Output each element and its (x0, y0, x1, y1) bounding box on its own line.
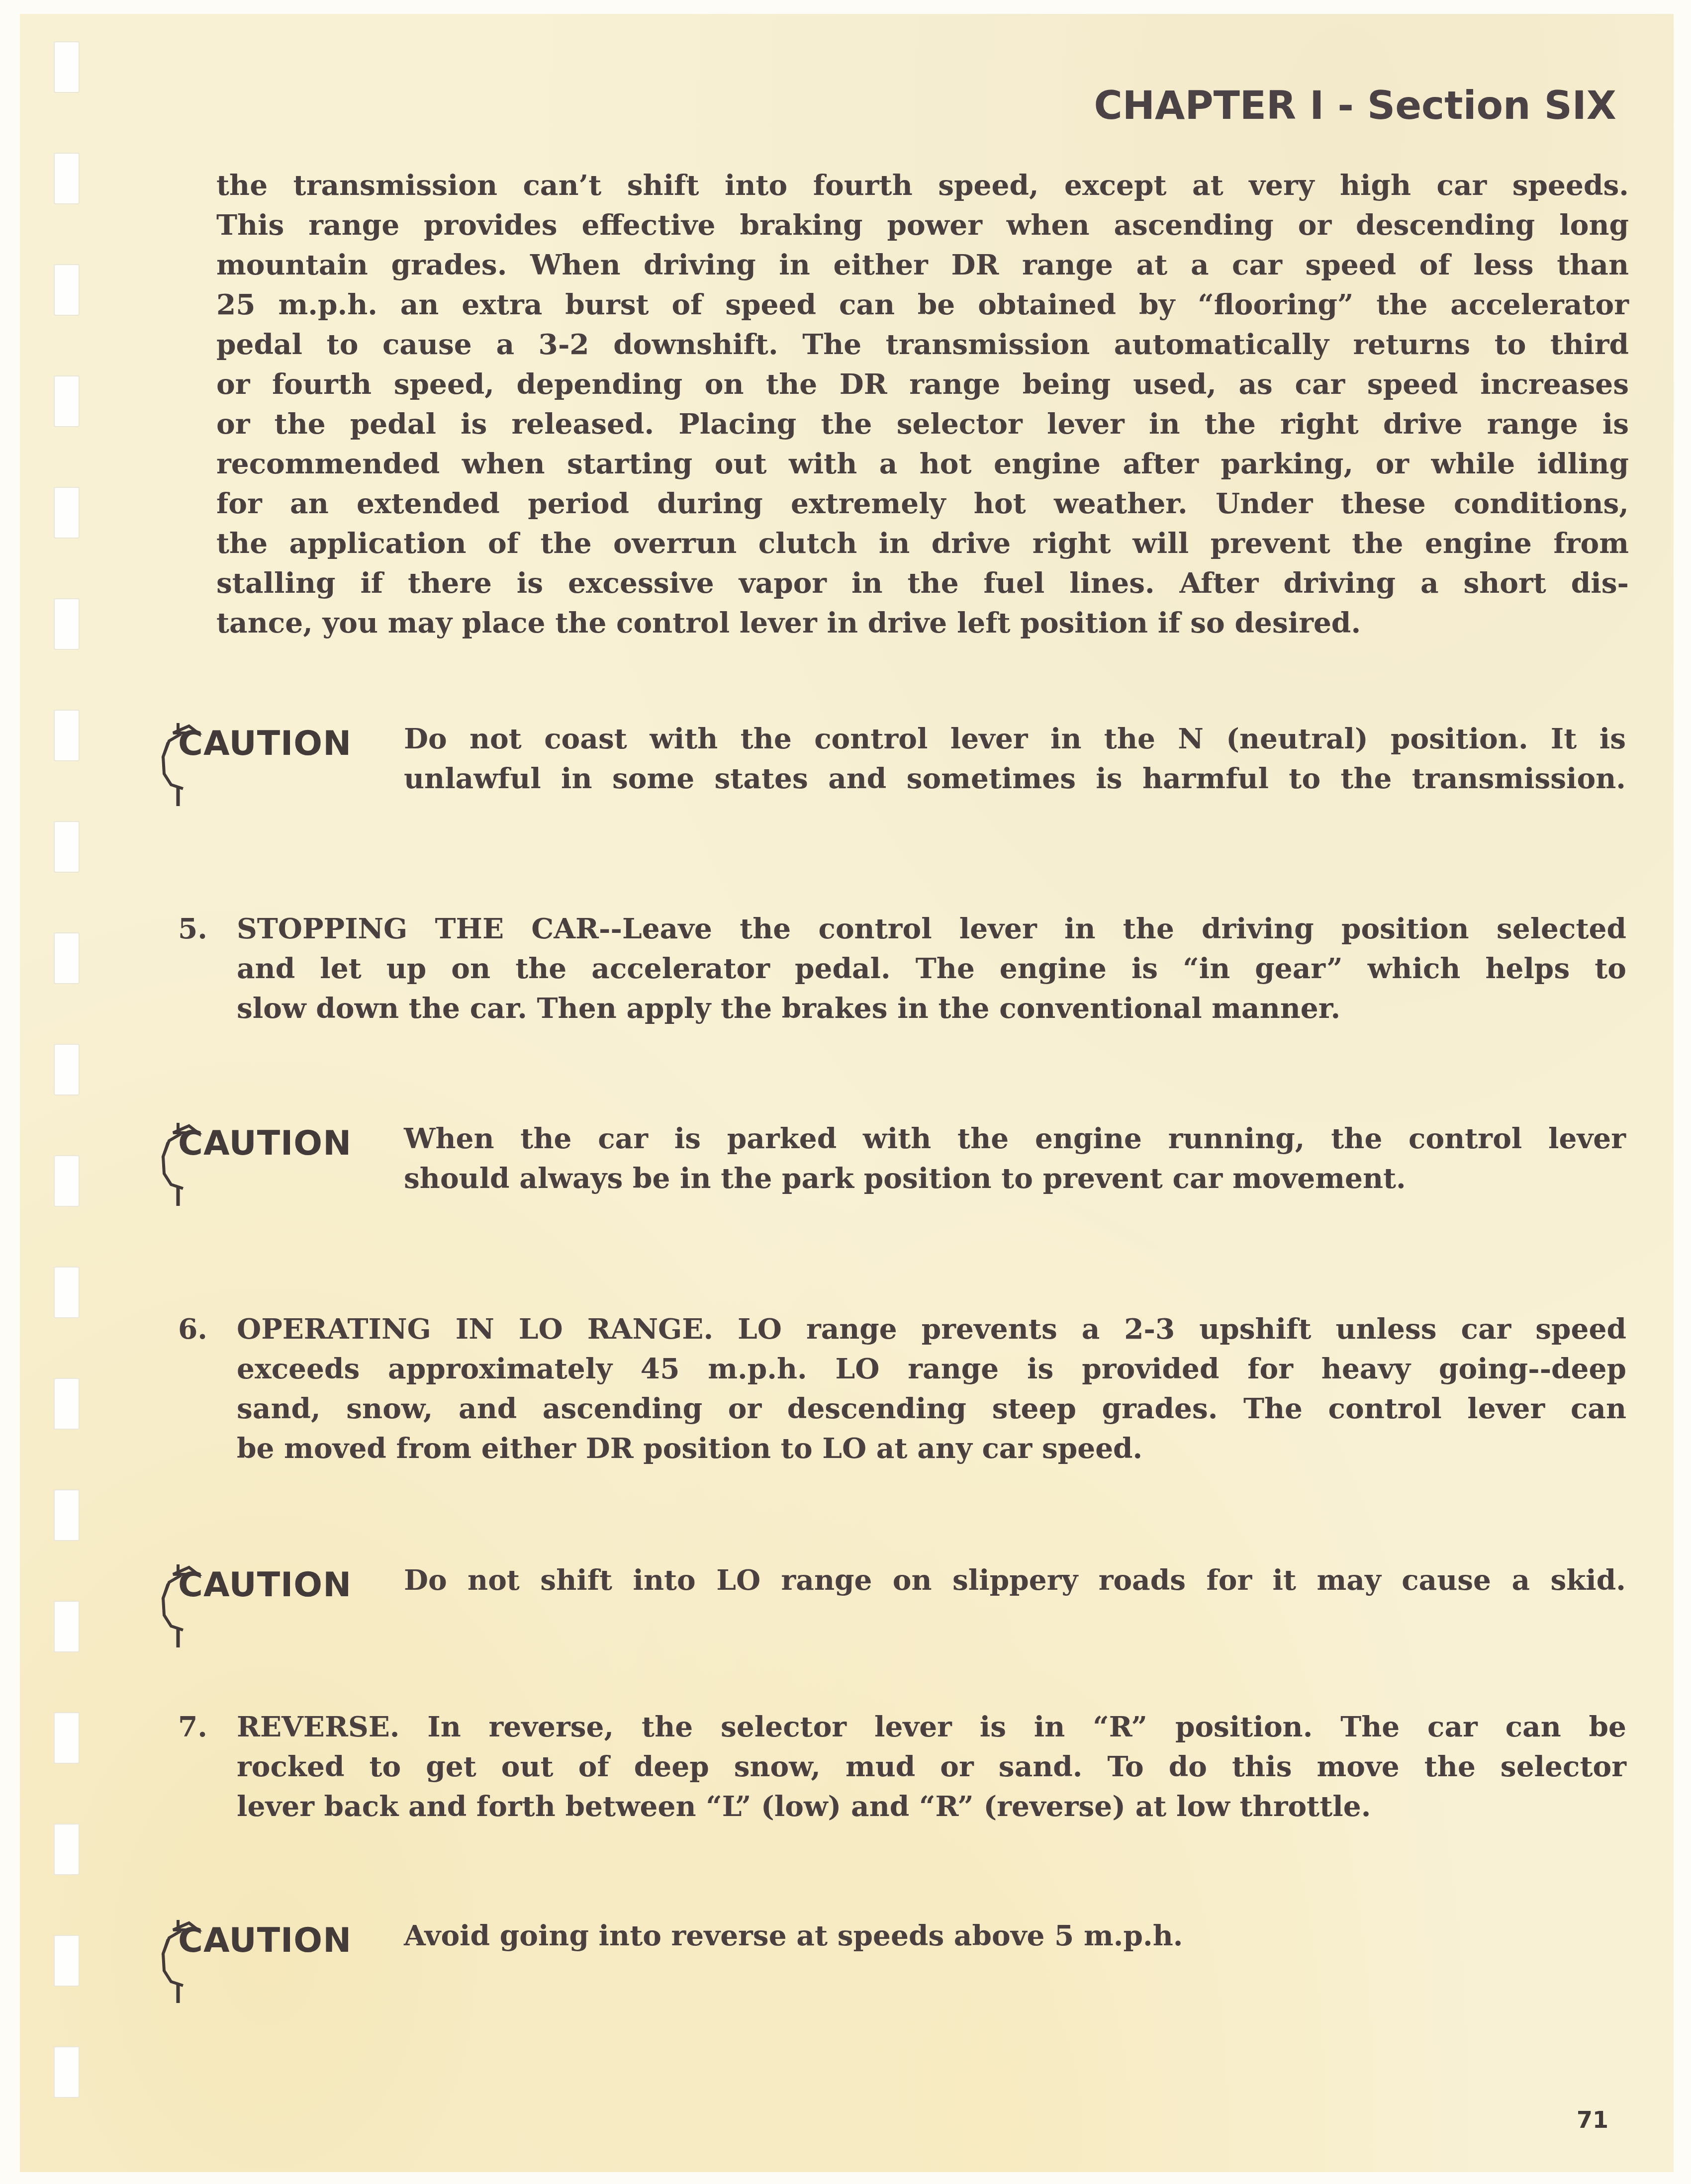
binder-hole (54, 264, 80, 316)
paragraph-line: 25 m.p.h. an extra burst of speed can be… (216, 285, 1629, 325)
item-number: 6. (178, 1309, 207, 1349)
binder-hole (54, 932, 80, 984)
binder-hole (54, 1823, 80, 1875)
binder-hole (54, 487, 80, 539)
caution-block: CAUTION Do not coast with the control le… (158, 719, 1625, 809)
caution-text: Do not shift into LO range on slippery r… (404, 1560, 1626, 1600)
caution-line: unlawful in some states and sometimes is… (404, 759, 1626, 799)
caution-label: CAUTION (178, 1921, 352, 1960)
binder-hole (54, 1489, 80, 1541)
item-number: 7. (178, 1707, 207, 1747)
item-line: and let up on the accelerator pedal. The… (237, 949, 1626, 989)
binder-hole (54, 1378, 80, 1430)
item-body: STOPPING THE CAR--Leave the control leve… (237, 909, 1626, 1028)
binder-hole (54, 821, 80, 873)
item-line: slow down the car. Then apply the brakes… (237, 989, 1626, 1028)
item-line: STOPPING THE CAR--Leave the control leve… (237, 909, 1626, 949)
item-line: lever back and forth between “L” (low) a… (237, 1787, 1626, 1826)
binder-hole (54, 153, 80, 204)
paragraph-line: the application of the overrun clutch in… (216, 524, 1629, 563)
item-line: exceeds approximately 45 m.p.h. LO range… (237, 1349, 1626, 1389)
paragraph-line: for an extended period during extremely … (216, 484, 1629, 524)
binder-hole (54, 2046, 80, 2098)
caution-block: CAUTION Avoid going into reverse at spee… (158, 1916, 1625, 2005)
item-number: 5. (178, 909, 207, 949)
paragraph-line: This range provides effective braking po… (216, 205, 1629, 245)
paragraph-line: pedal to cause a 3-2 downshift. The tran… (216, 325, 1629, 364)
paragraph-line: tance, you may place the control lever i… (216, 603, 1629, 643)
caution-block: CAUTION When the car is parked with the … (158, 1119, 1625, 1208)
item-line: be moved from either DR position to LO a… (237, 1429, 1626, 1468)
caution-line: Do not shift into LO range on slippery r… (404, 1560, 1626, 1600)
stop-sign-icon: CAUTION (158, 1560, 377, 1650)
caution-line: should always be in the park position to… (404, 1159, 1626, 1198)
binder-hole (54, 1155, 80, 1207)
manual-page: CHAPTER I - Section SIX the transmission… (20, 14, 1674, 2172)
binder-hole (54, 1601, 80, 1652)
stop-sign-icon: CAUTION (158, 1119, 377, 1208)
binder-hole (54, 41, 80, 93)
binder-hole (54, 1267, 80, 1318)
item-line: rocked to get out of deep snow, mud or s… (237, 1747, 1626, 1787)
binder-hole (54, 1044, 80, 1095)
intro-paragraph: the transmission can’t shift into fourth… (216, 166, 1629, 643)
caution-text: Do not coast with the control lever in t… (404, 719, 1626, 799)
chapter-header: CHAPTER I - Section SIX (1094, 84, 1616, 128)
caution-label: CAUTION (178, 724, 352, 763)
caution-label: CAUTION (178, 1565, 352, 1605)
caution-line: Do not coast with the control lever in t… (404, 719, 1626, 759)
caution-block: CAUTION Do not shift into LO range on sl… (158, 1560, 1625, 1650)
paragraph-line: the transmission can’t shift into fourth… (216, 166, 1629, 205)
paragraph-line: mountain grades. When driving in either … (216, 245, 1629, 285)
binder-hole (54, 375, 80, 427)
binder-hole (54, 598, 80, 650)
binder-hole (54, 1712, 80, 1764)
caution-label: CAUTION (178, 1124, 352, 1163)
item-line: sand, snow, and ascending or descending … (237, 1389, 1626, 1429)
stop-sign-icon: CAUTION (158, 719, 377, 809)
item-body: REVERSE. In reverse, the selector lever … (237, 1707, 1626, 1826)
paragraph-line: or fourth speed, depending on the DR ran… (216, 364, 1629, 404)
caution-line: Avoid going into reverse at speeds above… (404, 1916, 1626, 1956)
stop-sign-icon: CAUTION (158, 1916, 377, 2005)
caution-line: When the car is parked with the engine r… (404, 1119, 1626, 1159)
paragraph-line: recommended when starting out with a hot… (216, 444, 1629, 484)
item-body: OPERATING IN LO RANGE. LO range prevents… (237, 1309, 1626, 1468)
paragraph-line: or the pedal is released. Placing the se… (216, 404, 1629, 444)
paragraph-line: stalling if there is excessive vapor in … (216, 563, 1629, 603)
item-line: REVERSE. In reverse, the selector lever … (237, 1707, 1626, 1747)
item-line: OPERATING IN LO RANGE. LO range prevents… (237, 1309, 1626, 1349)
binder-hole (54, 1935, 80, 1987)
caution-text: Avoid going into reverse at speeds above… (404, 1916, 1626, 1956)
page-number: 71 (1577, 2106, 1608, 2133)
binder-hole (54, 710, 80, 761)
caution-text: When the car is parked with the engine r… (404, 1119, 1626, 1198)
